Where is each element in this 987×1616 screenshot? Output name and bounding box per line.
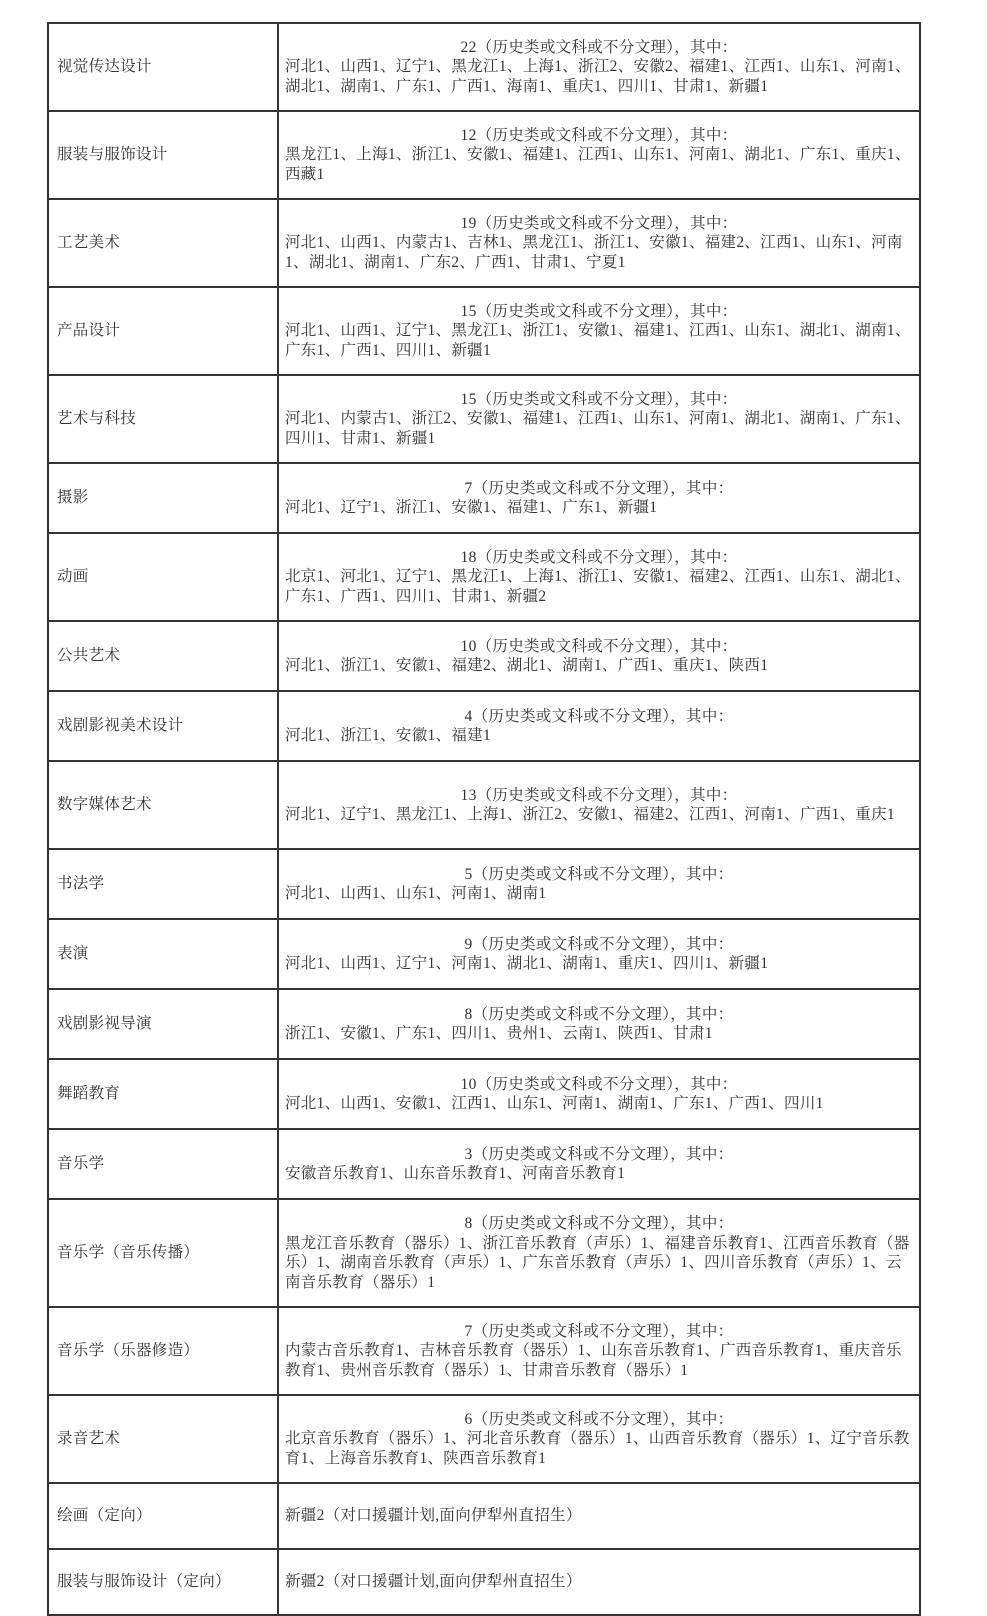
plan-summary-line: 12（历史类或文科或不分文理），其中： — [285, 126, 913, 146]
plan-summary-line: 22（历史类或文科或不分文理），其中： — [285, 38, 913, 58]
plan-detail-text: 浙江1、安徽1、广东1、四川1、贵州1、云南1、陕西1、甘肃1 — [285, 1024, 913, 1044]
table-row: 音乐学（乐器修造） 7（历史类或文科或不分文理），其中： 内蒙古音乐教育1、吉林… — [48, 1307, 920, 1395]
plan-summary-line: 13（历史类或文科或不分文理），其中： — [285, 786, 913, 806]
plan-cell: 7（历史类或文科或不分文理），其中： 河北1、辽宁1、浙江1、安徽1、福建1、广… — [278, 463, 920, 533]
plan-summary-line: 7（历史类或文科或不分文理），其中： — [285, 1322, 913, 1342]
plan-cell: 19（历史类或文科或不分文理），其中： 河北1、山西1、内蒙古1、吉林1、黑龙江… — [278, 199, 920, 287]
plan-cell: 15（历史类或文科或不分文理），其中： 河北1、内蒙古1、浙江2、安徽1、福建1… — [278, 375, 920, 463]
plan-summary-line: 7（历史类或文科或不分文理），其中： — [285, 479, 913, 499]
plan-detail-text: 河北1、山西1、辽宁1、黑龙江1、浙江1、安徽1、福建1、江西1、山东1、湖北1… — [285, 321, 913, 360]
plan-detail-text: 北京1、河北1、辽宁1、黑龙江1、上海1、浙江1、安徽1、福建2、江西1、山东1… — [285, 567, 913, 606]
major-name: 服装与服饰设计 — [57, 146, 168, 163]
plan-detail-text: 河北1、山西1、山东1、河南1、湖南1 — [285, 884, 913, 904]
major-cell: 音乐学 — [48, 1129, 278, 1199]
plan-summary-line: 8（历史类或文科或不分文理），其中： — [285, 1214, 913, 1234]
plan-detail-text: 黑龙江音乐教育（器乐）1、浙江音乐教育（声乐）1、福建音乐教育1、江西音乐教育（… — [285, 1234, 913, 1293]
major-cell: 音乐学（音乐传播） — [48, 1199, 278, 1307]
major-cell: 舞蹈教育 — [48, 1059, 278, 1129]
plan-summary-line: 4（历史类或文科或不分文理），其中： — [285, 707, 913, 727]
major-name: 视觉传达设计 — [57, 58, 152, 75]
table-row: 书法学 5（历史类或文科或不分文理），其中： 河北1、山西1、山东1、河南1、湖… — [48, 849, 920, 919]
table-row: 产品设计 15（历史类或文科或不分文理），其中： 河北1、山西1、辽宁1、黑龙江… — [48, 287, 920, 375]
major-name: 公共艺术 — [57, 647, 120, 664]
major-cell: 戏剧影视美术设计 — [48, 691, 278, 761]
plan-summary-line: 19（历史类或文科或不分文理），其中： — [285, 214, 913, 234]
plan-cell: 新疆2（对口援疆计划,面向伊犁州直招生） — [278, 1549, 920, 1615]
plan-summary-line: 10（历史类或文科或不分文理），其中： — [285, 637, 913, 657]
major-name: 表演 — [57, 945, 89, 962]
table-row: 摄影 7（历史类或文科或不分文理），其中： 河北1、辽宁1、浙江1、安徽1、福建… — [48, 463, 920, 533]
major-name: 动画 — [57, 568, 89, 585]
major-name: 书法学 — [57, 875, 104, 892]
plan-cell: 10（历史类或文科或不分文理），其中： 河北1、浙江1、安徽1、福建2、湖北1、… — [278, 621, 920, 691]
table-row: 公共艺术 10（历史类或文科或不分文理），其中： 河北1、浙江1、安徽1、福建2… — [48, 621, 920, 691]
major-name: 绘画（定向） — [57, 1507, 152, 1524]
major-cell: 数字媒体艺术 — [48, 761, 278, 849]
admission-plan-table-body: 视觉传达设计 22（历史类或文科或不分文理），其中： 河北1、山西1、辽宁1、黑… — [48, 23, 920, 1615]
table-row: 数字媒体艺术 13（历史类或文科或不分文理），其中： 河北1、辽宁1、黑龙江1、… — [48, 761, 920, 849]
major-name: 服装与服饰设计（定向） — [57, 1573, 231, 1590]
plan-detail-text: 河北1、辽宁1、浙江1、安徽1、福建1、广东1、新疆1 — [285, 498, 913, 518]
plan-summary-line: 9（历史类或文科或不分文理），其中： — [285, 935, 913, 955]
major-name: 产品设计 — [57, 322, 120, 339]
major-name: 舞蹈教育 — [57, 1085, 120, 1102]
major-cell: 音乐学（乐器修造） — [48, 1307, 278, 1395]
plan-detail-text: 北京音乐教育（器乐）1、河北音乐教育（器乐）1、山西音乐教育（器乐）1、辽宁音乐… — [285, 1429, 913, 1468]
plan-detail-text: 河北1、山西1、安徽1、江西1、山东1、河南1、湖南1、广东1、广西1、四川1 — [285, 1094, 913, 1114]
plan-summary-line: 3（历史类或文科或不分文理），其中： — [285, 1145, 913, 1165]
table-row: 音乐学 3（历史类或文科或不分文理），其中： 安徽音乐教育1、山东音乐教育1、河… — [48, 1129, 920, 1199]
plan-cell: 15（历史类或文科或不分文理），其中： 河北1、山西1、辽宁1、黑龙江1、浙江1… — [278, 287, 920, 375]
plan-summary-line: 15（历史类或文科或不分文理），其中： — [285, 390, 913, 410]
major-name: 录音艺术 — [57, 1430, 120, 1447]
plan-summary-line: 5（历史类或文科或不分文理），其中： — [285, 865, 913, 885]
plan-cell: 8（历史类或文科或不分文理），其中： 浙江1、安徽1、广东1、四川1、贵州1、云… — [278, 989, 920, 1059]
major-cell: 产品设计 — [48, 287, 278, 375]
plan-detail-text: 河北1、山西1、内蒙古1、吉林1、黑龙江1、浙江1、安徽1、福建2、江西1、山东… — [285, 233, 913, 272]
table-row: 视觉传达设计 22（历史类或文科或不分文理），其中： 河北1、山西1、辽宁1、黑… — [48, 23, 920, 111]
plan-detail-text: 内蒙古音乐教育1、吉林音乐教育（器乐）1、山东音乐教育1、广西音乐教育1、重庆音… — [285, 1341, 913, 1380]
plan-detail-text: 河北1、辽宁1、黑龙江1、上海1、浙江2、安徽1、福建2、江西1、河南1、广西1… — [285, 805, 913, 825]
plan-detail-text: 河北1、浙江1、安徽1、福建1 — [285, 726, 913, 746]
major-cell: 公共艺术 — [48, 621, 278, 691]
major-name: 音乐学 — [57, 1155, 104, 1172]
plan-cell: 13（历史类或文科或不分文理），其中： 河北1、辽宁1、黑龙江1、上海1、浙江2… — [278, 761, 920, 849]
major-cell: 绘画（定向） — [48, 1483, 278, 1549]
plan-detail-text: 河北1、浙江1、安徽1、福建2、湖北1、湖南1、广西1、重庆1、陕西1 — [285, 656, 913, 676]
plan-cell: 5（历史类或文科或不分文理），其中： 河北1、山西1、山东1、河南1、湖南1 — [278, 849, 920, 919]
major-cell: 表演 — [48, 919, 278, 989]
table-row: 表演 9（历史类或文科或不分文理），其中： 河北1、山西1、辽宁1、河南1、湖北… — [48, 919, 920, 989]
table-row: 服装与服饰设计（定向） 新疆2（对口援疆计划,面向伊犁州直招生） — [48, 1549, 920, 1615]
plan-detail-text: 新疆2（对口援疆计划,面向伊犁州直招生） — [285, 1506, 913, 1526]
major-name: 音乐学（乐器修造） — [57, 1342, 199, 1359]
plan-cell: 新疆2（对口援疆计划,面向伊犁州直招生） — [278, 1483, 920, 1549]
plan-cell: 6（历史类或文科或不分文理），其中： 北京音乐教育（器乐）1、河北音乐教育（器乐… — [278, 1395, 920, 1483]
major-name: 工艺美术 — [57, 234, 120, 251]
major-name: 摄影 — [57, 489, 89, 506]
table-row: 舞蹈教育 10（历史类或文科或不分文理），其中： 河北1、山西1、安徽1、江西1… — [48, 1059, 920, 1129]
admission-plan-table: 视觉传达设计 22（历史类或文科或不分文理），其中： 河北1、山西1、辽宁1、黑… — [47, 22, 921, 1616]
major-cell: 视觉传达设计 — [48, 23, 278, 111]
plan-cell: 8（历史类或文科或不分文理），其中： 黑龙江音乐教育（器乐）1、浙江音乐教育（声… — [278, 1199, 920, 1307]
plan-cell: 18（历史类或文科或不分文理），其中： 北京1、河北1、辽宁1、黑龙江1、上海1… — [278, 533, 920, 621]
plan-summary-line: 8（历史类或文科或不分文理），其中： — [285, 1005, 913, 1025]
table-row: 动画 18（历史类或文科或不分文理），其中： 北京1、河北1、辽宁1、黑龙江1、… — [48, 533, 920, 621]
plan-cell: 12（历史类或文科或不分文理），其中： 黑龙江1、上海1、浙江1、安徽1、福建1… — [278, 111, 920, 199]
table-row: 音乐学（音乐传播） 8（历史类或文科或不分文理），其中： 黑龙江音乐教育（器乐）… — [48, 1199, 920, 1307]
plan-summary-line: 10（历史类或文科或不分文理），其中： — [285, 1075, 913, 1095]
plan-detail-text: 河北1、山西1、辽宁1、黑龙江1、上海1、浙江2、安徽2、福建1、江西1、山东1… — [285, 57, 913, 96]
major-cell: 工艺美术 — [48, 199, 278, 287]
table-row: 绘画（定向） 新疆2（对口援疆计划,面向伊犁州直招生） — [48, 1483, 920, 1549]
major-name: 戏剧影视导演 — [57, 1015, 152, 1032]
plan-detail-text: 黑龙江1、上海1、浙江1、安徽1、福建1、江西1、山东1、河南1、湖北1、广东1… — [285, 145, 913, 184]
major-cell: 服装与服饰设计（定向） — [48, 1549, 278, 1615]
plan-detail-text: 河北1、内蒙古1、浙江2、安徽1、福建1、江西1、山东1、河南1、湖北1、湖南1… — [285, 409, 913, 448]
major-cell: 摄影 — [48, 463, 278, 533]
major-name: 戏剧影视美术设计 — [57, 717, 183, 734]
major-name: 艺术与科技 — [57, 410, 136, 427]
table-row: 工艺美术 19（历史类或文科或不分文理），其中： 河北1、山西1、内蒙古1、吉林… — [48, 199, 920, 287]
plan-cell: 9（历史类或文科或不分文理），其中： 河北1、山西1、辽宁1、河南1、湖北1、湖… — [278, 919, 920, 989]
plan-cell: 3（历史类或文科或不分文理），其中： 安徽音乐教育1、山东音乐教育1、河南音乐教… — [278, 1129, 920, 1199]
major-cell: 服装与服饰设计 — [48, 111, 278, 199]
plan-cell: 4（历史类或文科或不分文理），其中： 河北1、浙江1、安徽1、福建1 — [278, 691, 920, 761]
major-name: 数字媒体艺术 — [57, 796, 152, 813]
table-row: 服装与服饰设计 12（历史类或文科或不分文理），其中： 黑龙江1、上海1、浙江1… — [48, 111, 920, 199]
major-cell: 书法学 — [48, 849, 278, 919]
plan-detail-text: 安徽音乐教育1、山东音乐教育1、河南音乐教育1 — [285, 1164, 913, 1184]
major-cell: 录音艺术 — [48, 1395, 278, 1483]
table-row: 戏剧影视美术设计 4（历史类或文科或不分文理），其中： 河北1、浙江1、安徽1、… — [48, 691, 920, 761]
table-row: 录音艺术 6（历史类或文科或不分文理），其中： 北京音乐教育（器乐）1、河北音乐… — [48, 1395, 920, 1483]
document-page: 视觉传达设计 22（历史类或文科或不分文理），其中： 河北1、山西1、辽宁1、黑… — [0, 0, 987, 1400]
plan-detail-text: 河北1、山西1、辽宁1、河南1、湖北1、湖南1、重庆1、四川1、新疆1 — [285, 954, 913, 974]
major-cell: 艺术与科技 — [48, 375, 278, 463]
major-cell: 戏剧影视导演 — [48, 989, 278, 1059]
plan-detail-text: 新疆2（对口援疆计划,面向伊犁州直招生） — [285, 1572, 913, 1592]
plan-cell: 10（历史类或文科或不分文理），其中： 河北1、山西1、安徽1、江西1、山东1、… — [278, 1059, 920, 1129]
major-name: 音乐学（音乐传播） — [57, 1244, 199, 1261]
table-row: 戏剧影视导演 8（历史类或文科或不分文理），其中： 浙江1、安徽1、广东1、四川… — [48, 989, 920, 1059]
plan-summary-line: 6（历史类或文科或不分文理），其中： — [285, 1410, 913, 1430]
plan-summary-line: 18（历史类或文科或不分文理），其中： — [285, 548, 913, 568]
plan-cell: 22（历史类或文科或不分文理），其中： 河北1、山西1、辽宁1、黑龙江1、上海1… — [278, 23, 920, 111]
plan-summary-line: 15（历史类或文科或不分文理），其中： — [285, 302, 913, 322]
plan-cell: 7（历史类或文科或不分文理），其中： 内蒙古音乐教育1、吉林音乐教育（器乐）1、… — [278, 1307, 920, 1395]
major-cell: 动画 — [48, 533, 278, 621]
table-row: 艺术与科技 15（历史类或文科或不分文理），其中： 河北1、内蒙古1、浙江2、安… — [48, 375, 920, 463]
